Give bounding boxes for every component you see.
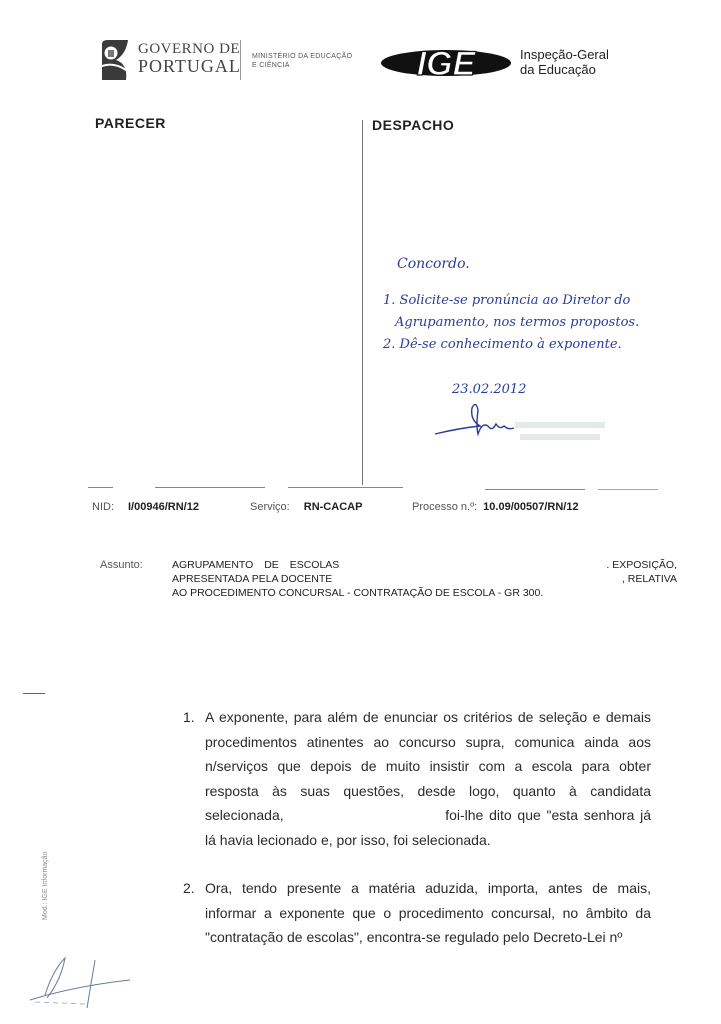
nid-label: NID: <box>92 501 114 513</box>
assunto-line1-left: AGRUPAMENTO DE ESCOLAS <box>172 558 339 572</box>
paragraph-1-number: 1. <box>183 705 195 730</box>
ministry-line1: MINISTÉRIO DA EDUCAÇÃO <box>252 52 352 61</box>
paragraph-2-number: 2. <box>183 876 195 901</box>
ministry-line2: E CIÊNCIA <box>252 61 352 70</box>
faded-stamp <box>515 420 615 445</box>
despacho-line1: 1. Solicite-se pronúncia ao Diretor do <box>383 290 703 312</box>
portugal-emblem-icon <box>98 40 130 80</box>
servico-value: RN-CACAP <box>304 501 363 513</box>
nid-field: NID:I/00946/RN/12 <box>92 501 199 513</box>
assunto-label: Assunto: <box>100 558 143 572</box>
despacho-date: 23.02.2012 <box>452 382 526 397</box>
section-divider <box>362 120 363 485</box>
processo-value: 10.09/00507/RN/12 <box>483 501 578 513</box>
ige-logo-icon: IGE <box>380 44 512 82</box>
government-line1: GOVERNO DE <box>138 42 241 57</box>
ige-name-line1: Inspeção-Geral <box>520 47 609 62</box>
signature-line <box>485 489 585 490</box>
assunto-body: AGRUPAMENTO DE ESCOLAS. EXPOSIÇÃO, APRES… <box>172 558 677 600</box>
ige-name: Inspeção-Geral da Educação <box>520 47 609 77</box>
signature-line <box>598 489 658 490</box>
svg-text:IGE: IGE <box>417 45 477 82</box>
parecer-heading: PARECER <box>95 115 166 131</box>
processo-field: Processo n.º:10.09/00507/RN/12 <box>412 501 579 513</box>
servico-field: Serviço:RN-CACAP <box>250 501 362 513</box>
government-logo-text: GOVERNO DE PORTUGAL <box>138 42 241 75</box>
ige-name-line2: da Educação <box>520 62 609 77</box>
assunto-line1-right: . EXPOSIÇÃO, <box>606 558 677 572</box>
header-separator <box>240 40 241 80</box>
servico-label: Serviço: <box>250 501 290 513</box>
nid-value: I/00946/RN/12 <box>128 501 199 513</box>
despacho-heading: DESPACHO <box>372 117 454 133</box>
initials-signature-icon <box>25 950 135 1010</box>
despacho-handwritten-body: 1. Solicite-se pronúncia ao Diretor do A… <box>383 290 703 356</box>
paragraph-1-text: A exponente, para além de enunciar os cr… <box>205 709 651 823</box>
paragraph-2-text: Ora, tendo presente a matéria aduzida, i… <box>205 880 651 945</box>
signature-line <box>88 487 113 488</box>
paragraph-2: 2. Ora, tendo presente a matéria aduzida… <box>183 876 651 950</box>
despacho-concordo: Concordo. <box>397 256 470 272</box>
despacho-line2: Agrupamento, nos termos propostos. <box>395 312 703 334</box>
form-model-label: Mod.: IGE Informação <box>42 852 49 920</box>
assunto-line3: AO PROCEDIMENTO CONCURSAL - CONTRATAÇÃO … <box>172 586 677 600</box>
government-line2: PORTUGAL <box>138 57 241 75</box>
assunto-line2-left: APRESENTADA PELA DOCENTE <box>172 572 332 586</box>
processo-label: Processo n.º: <box>412 501 477 513</box>
signature-line <box>288 487 403 488</box>
assunto-line2-right: , RELATIVA <box>622 572 677 586</box>
despacho-line3: 2. Dê-se conhecimento à exponente. <box>383 334 703 356</box>
signature-line <box>155 487 265 488</box>
paragraph-1: 1. A exponente, para além de enunciar os… <box>183 705 651 852</box>
ministry-name: MINISTÉRIO DA EDUCAÇÃO E CIÊNCIA <box>252 52 352 70</box>
margin-dash <box>23 693 45 694</box>
